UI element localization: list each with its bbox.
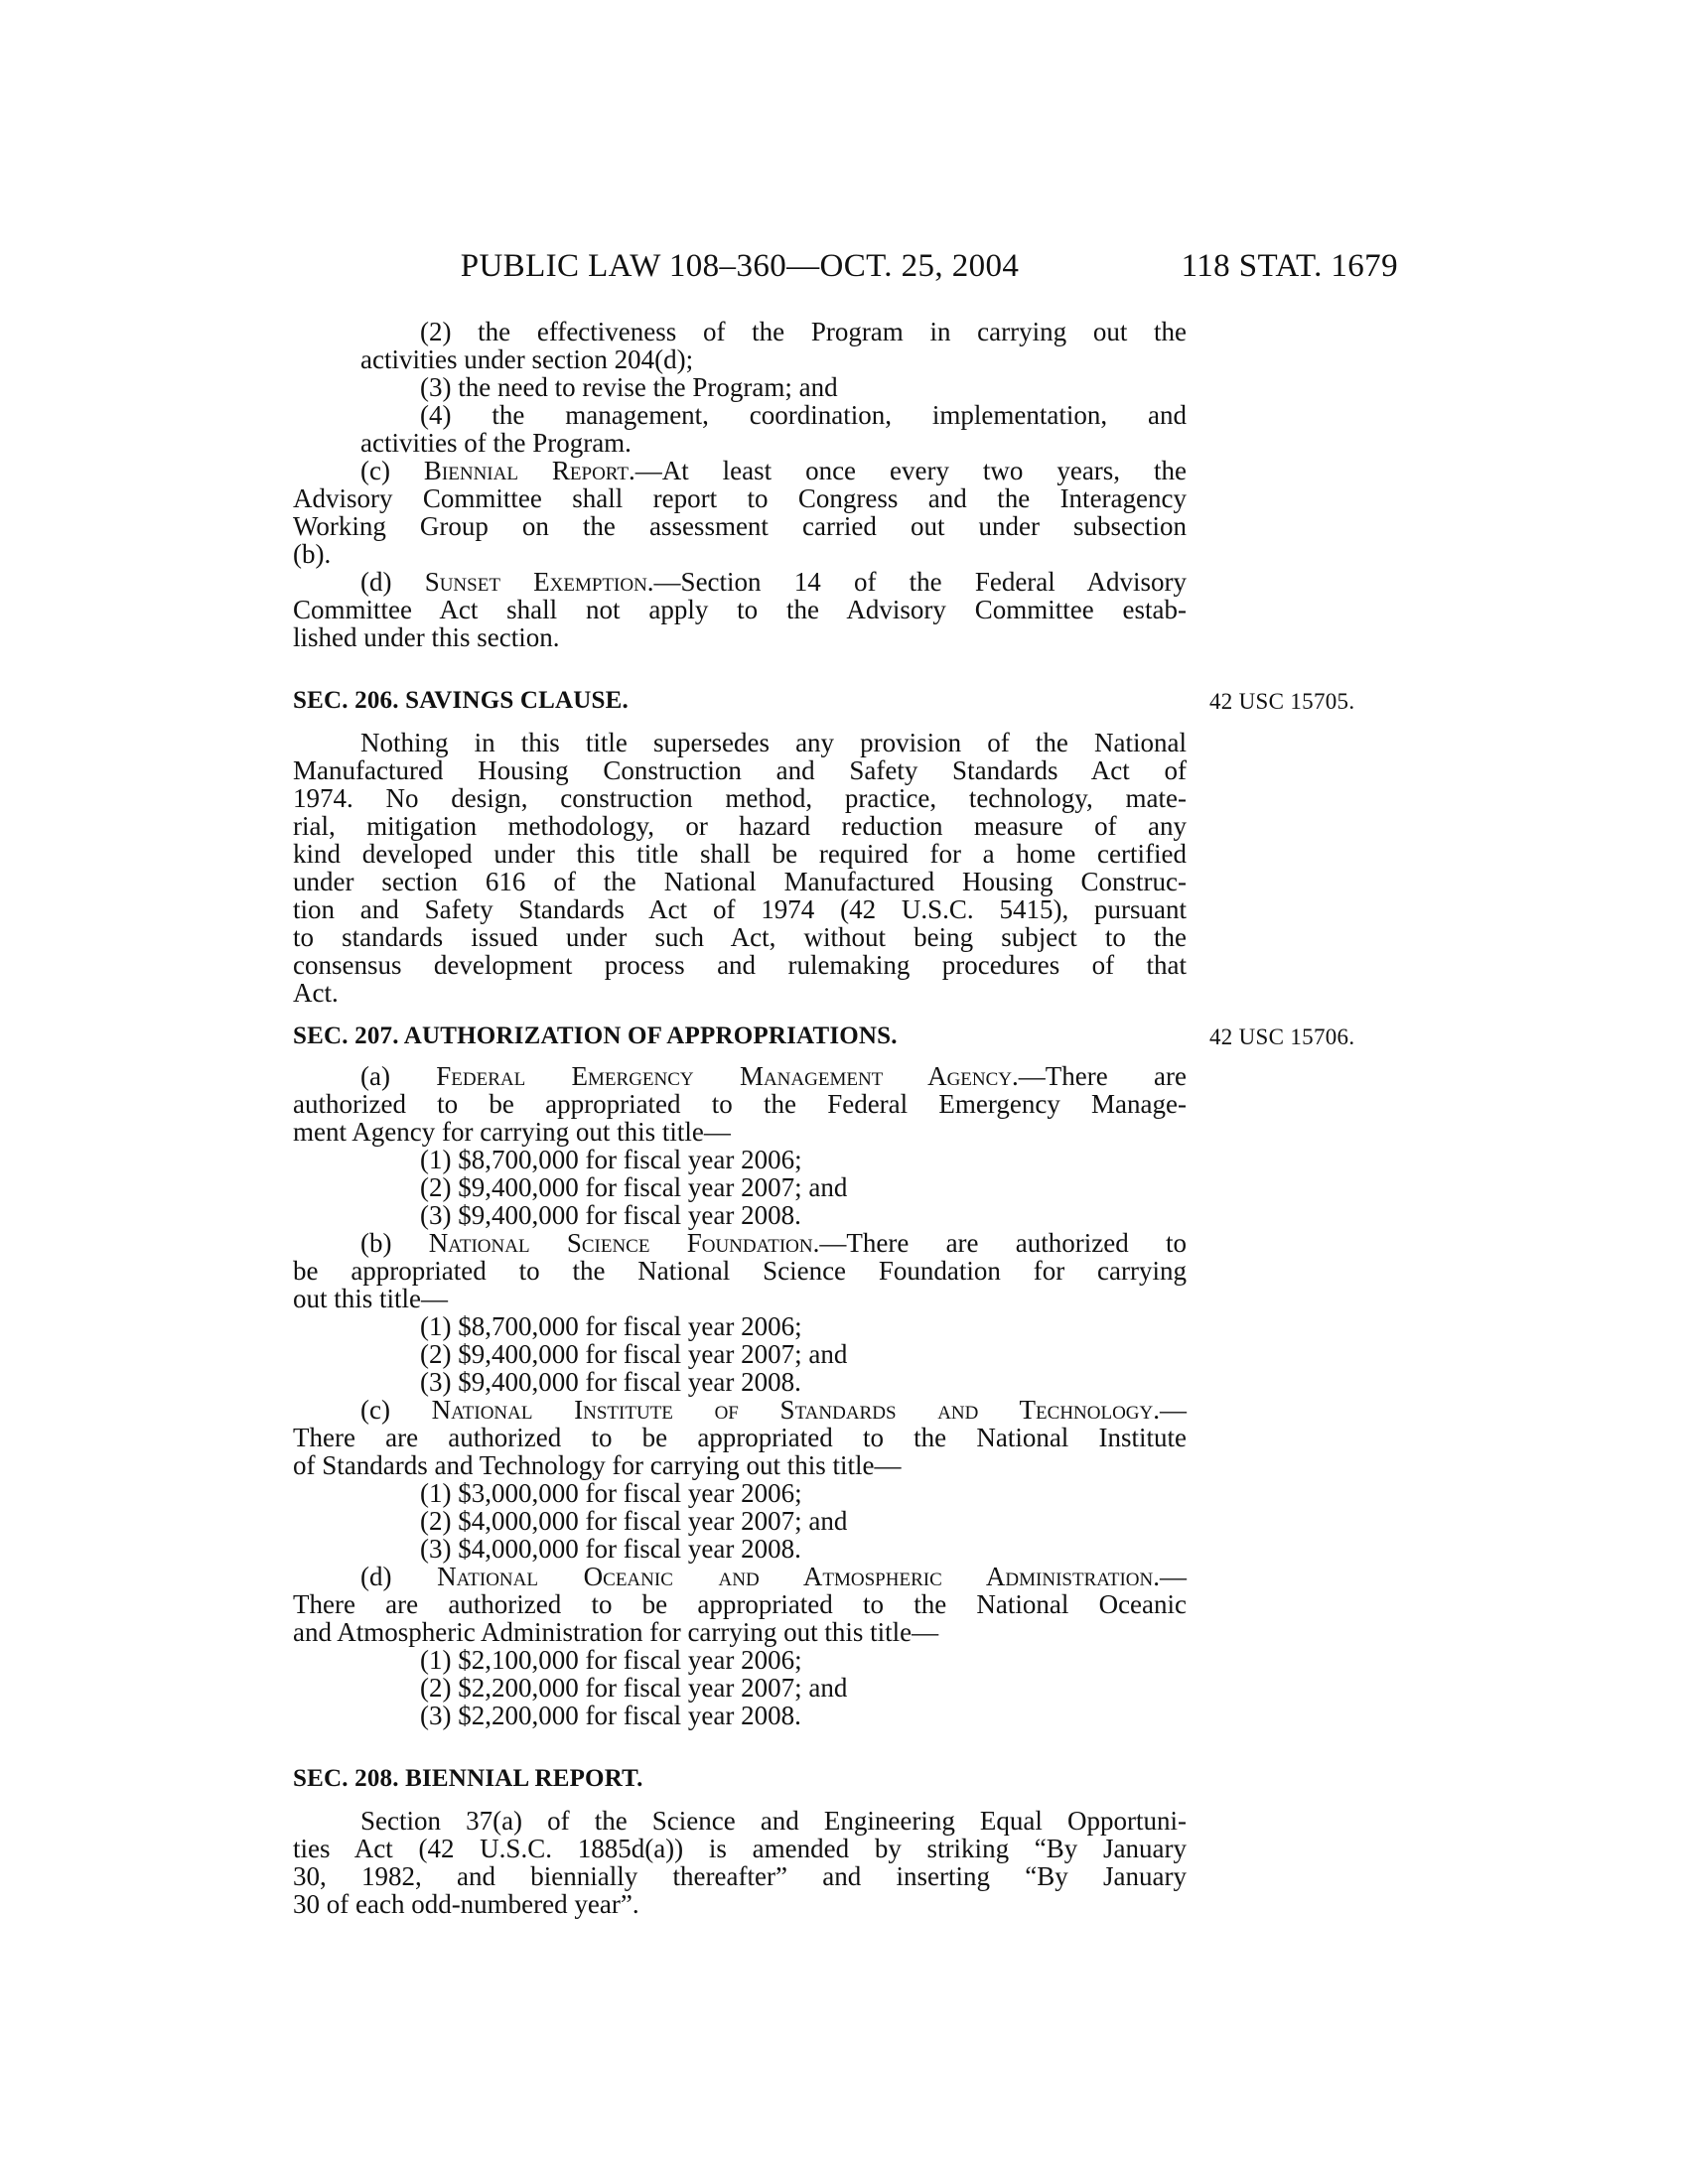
text-run: Nothing in this title supersedes any pro… bbox=[360, 728, 1187, 757]
text-line: 30 of each odd-numbered year”. bbox=[293, 1890, 1187, 1918]
text-run: — bbox=[1160, 1395, 1187, 1425]
statute-paragraph: (d) Sunset Exemption.—Section 14 of the … bbox=[293, 568, 1187, 651]
statute-paragraph: (1) $8,700,000 for fiscal year 2006; bbox=[293, 1312, 1187, 1340]
text-line: 30, 1982, and biennially thereafter” and… bbox=[293, 1862, 1187, 1890]
text-run: There are authorized to be appropriated … bbox=[293, 1589, 1187, 1619]
uscode-margin-note: 42 USC 15706. bbox=[1209, 1024, 1354, 1051]
text-line: Nothing in this title supersedes any pro… bbox=[293, 729, 1187, 756]
statute-page: PUBLIC LAW 108–360—OCT. 25, 2004 118 STA… bbox=[0, 0, 1688, 2184]
text-run: (3) the need to revise the Program; and bbox=[420, 372, 838, 402]
text-run: rial, mitigation methodology, or hazard … bbox=[293, 811, 1187, 841]
statute-paragraph: Nothing in this title supersedes any pro… bbox=[293, 729, 1187, 1007]
small-caps-run: Federal Emergency Management Agency. bbox=[436, 1061, 1019, 1091]
statute-paragraph: (3) $2,200,000 for fiscal year 2008. bbox=[293, 1702, 1187, 1729]
text-run: (3) $4,000,000 for fiscal year 2008. bbox=[420, 1534, 801, 1564]
statute-paragraph: (2) $2,200,000 for fiscal year 2007; and bbox=[293, 1674, 1187, 1702]
text-line: Advisory Committee shall report to Congr… bbox=[293, 484, 1187, 512]
text-line: (b). bbox=[293, 540, 1187, 568]
text-run: (3) $9,400,000 for fiscal year 2008. bbox=[420, 1200, 801, 1230]
statute-paragraph: (a) Federal Emergency Management Agency.… bbox=[293, 1062, 1187, 1146]
text-line: ment Agency for carrying out this title— bbox=[293, 1118, 1187, 1146]
text-run: (d) bbox=[360, 1562, 437, 1591]
text-line: and Atmospheric Administration for carry… bbox=[293, 1618, 1187, 1646]
section-heading: SEC. 206. SAVINGS CLAUSE.42 USC 15705. bbox=[293, 687, 1187, 715]
text-run: under section 616 of the National Manufa… bbox=[293, 867, 1187, 896]
text-run: authorized to be appropriated to the Fed… bbox=[293, 1089, 1187, 1119]
statute-paragraph: (3) $4,000,000 for fiscal year 2008. bbox=[293, 1535, 1187, 1563]
small-caps-run: Biennial Report. bbox=[424, 456, 635, 485]
text-run: (c) bbox=[360, 1395, 432, 1425]
text-run: Manufactured Housing Construction and Sa… bbox=[293, 755, 1187, 785]
statute-paragraph: (2) $9,400,000 for fiscal year 2007; and bbox=[293, 1340, 1187, 1368]
text-line: out this title— bbox=[293, 1285, 1187, 1312]
text-run: Section 37(a) of the Science and Enginee… bbox=[360, 1806, 1187, 1836]
text-line: (2) $9,400,000 for fiscal year 2007; and bbox=[293, 1173, 1187, 1201]
text-run: to standards issued under such Act, with… bbox=[293, 922, 1187, 952]
text-line: There are authorized to be appropriated … bbox=[293, 1424, 1187, 1451]
page-header-law: PUBLIC LAW 108–360—OCT. 25, 2004 bbox=[293, 248, 1187, 285]
text-run: —At least once every two years, the bbox=[635, 456, 1187, 485]
text-line: activities of the Program. bbox=[293, 429, 1187, 457]
statute-paragraph: (d) National Oceanic and Atmospheric Adm… bbox=[293, 1563, 1187, 1646]
small-caps-run: National Institute of Standards and Tech… bbox=[432, 1395, 1160, 1425]
text-run: Act. bbox=[293, 978, 339, 1008]
text-run: ties Act (42 U.S.C. 1885d(a)) is amended… bbox=[293, 1834, 1187, 1863]
text-line: (3) $9,400,000 for fiscal year 2008. bbox=[293, 1201, 1187, 1229]
text-run: (1) $8,700,000 for fiscal year 2006; bbox=[420, 1145, 802, 1174]
text-run: (2) $9,400,000 for fiscal year 2007; and bbox=[420, 1339, 847, 1369]
statute-paragraph: (2) $9,400,000 for fiscal year 2007; and bbox=[293, 1173, 1187, 1201]
small-caps-run: National Science Foundation. bbox=[429, 1228, 820, 1258]
statute-paragraph: (1) $3,000,000 for fiscal year 2006; bbox=[293, 1479, 1187, 1507]
text-run: be appropriated to the National Science … bbox=[293, 1256, 1187, 1286]
statute-paragraph: (c) National Institute of Standards and … bbox=[293, 1396, 1187, 1479]
text-line: of Standards and Technology for carrying… bbox=[293, 1451, 1187, 1479]
text-run: (3) $9,400,000 for fiscal year 2008. bbox=[420, 1367, 801, 1397]
text-line: (2) $2,200,000 for fiscal year 2007; and bbox=[293, 1674, 1187, 1702]
text-run: —There are authorized to bbox=[819, 1228, 1187, 1258]
text-line: (1) $8,700,000 for fiscal year 2006; bbox=[293, 1146, 1187, 1173]
text-line: ties Act (42 U.S.C. 1885d(a)) is amended… bbox=[293, 1835, 1187, 1862]
text-line: (d) Sunset Exemption.—Section 14 of the … bbox=[293, 568, 1187, 596]
text-run: (1) $8,700,000 for fiscal year 2006; bbox=[420, 1311, 802, 1341]
text-line: Working Group on the assessment carried … bbox=[293, 512, 1187, 540]
text-run: tion and Safety Standards Act of 1974 (4… bbox=[293, 894, 1187, 924]
text-run: (2) the effectiveness of the Program in … bbox=[420, 317, 1187, 346]
section-heading: SEC. 208. BIENNIAL REPORT. bbox=[293, 1765, 1187, 1793]
text-line: be appropriated to the National Science … bbox=[293, 1257, 1187, 1285]
small-caps-run: Sunset Exemption. bbox=[425, 567, 654, 597]
text-line: (2) $9,400,000 for fiscal year 2007; and bbox=[293, 1340, 1187, 1368]
text-run: ment Agency for carrying out this title— bbox=[293, 1117, 731, 1147]
text-line: tion and Safety Standards Act of 1974 (4… bbox=[293, 895, 1187, 923]
text-line: (4) the management, coordination, implem… bbox=[293, 401, 1187, 429]
text-line: Act. bbox=[293, 979, 1187, 1007]
text-run: (2) $9,400,000 for fiscal year 2007; and bbox=[420, 1172, 847, 1202]
section-heading: SEC. 207. AUTHORIZATION OF APPROPRIATION… bbox=[293, 1023, 1187, 1050]
text-run: There are authorized to be appropriated … bbox=[293, 1423, 1187, 1452]
text-run: — bbox=[1160, 1562, 1187, 1591]
statute-paragraph: (3) $9,400,000 for fiscal year 2008. bbox=[293, 1368, 1187, 1396]
text-run: (3) $2,200,000 for fiscal year 2008. bbox=[420, 1701, 801, 1730]
uscode-margin-note: 42 USC 15705. bbox=[1209, 688, 1354, 716]
text-run: and Atmospheric Administration for carry… bbox=[293, 1617, 938, 1647]
text-line: consensus development process and rulema… bbox=[293, 951, 1187, 979]
small-caps-run: National Oceanic and Atmospheric Adminis… bbox=[437, 1562, 1160, 1591]
text-run: (1) $3,000,000 for fiscal year 2006; bbox=[420, 1478, 802, 1508]
text-line: (b) National Science Foundation.—There a… bbox=[293, 1229, 1187, 1257]
text-line: There are authorized to be appropriated … bbox=[293, 1590, 1187, 1618]
text-run: kind developed under this title shall be… bbox=[293, 839, 1187, 869]
text-line: (2) $4,000,000 for fiscal year 2007; and bbox=[293, 1507, 1187, 1535]
statute-paragraph: (b) National Science Foundation.—There a… bbox=[293, 1229, 1187, 1312]
text-line: (3) $4,000,000 for fiscal year 2008. bbox=[293, 1535, 1187, 1563]
text-run: (2) $2,200,000 for fiscal year 2007; and bbox=[420, 1673, 847, 1703]
text-run: lished under this section. bbox=[293, 622, 559, 652]
text-run: —There are bbox=[1019, 1061, 1187, 1091]
text-run: (1) $2,100,000 for fiscal year 2006; bbox=[420, 1645, 802, 1675]
text-line: Section 37(a) of the Science and Enginee… bbox=[293, 1807, 1187, 1835]
text-run: activities of the Program. bbox=[360, 428, 632, 458]
statute-paragraph: (3) $9,400,000 for fiscal year 2008. bbox=[293, 1201, 1187, 1229]
text-line: rial, mitigation methodology, or hazard … bbox=[293, 812, 1187, 840]
statute-paragraph: (2) $4,000,000 for fiscal year 2007; and bbox=[293, 1507, 1187, 1535]
text-run: activities under section 204(d); bbox=[360, 344, 693, 374]
statute-paragraph: (1) $8,700,000 for fiscal year 2006; bbox=[293, 1146, 1187, 1173]
text-line: (c) Biennial Report.—At least once every… bbox=[293, 457, 1187, 484]
text-line: (3) the need to revise the Program; and bbox=[293, 373, 1187, 401]
text-line: under section 616 of the National Manufa… bbox=[293, 868, 1187, 895]
text-line: lished under this section. bbox=[293, 623, 1187, 651]
text-line: 1974. No design, construction method, pr… bbox=[293, 784, 1187, 812]
text-line: (1) $2,100,000 for fiscal year 2006; bbox=[293, 1646, 1187, 1674]
statute-paragraph: (c) Biennial Report.—At least once every… bbox=[293, 457, 1187, 568]
text-run: 30 of each odd-numbered year”. bbox=[293, 1889, 639, 1919]
text-run: 30, 1982, and biennially thereafter” and… bbox=[293, 1861, 1187, 1891]
statute-text-column: (2) the effectiveness of the Program in … bbox=[293, 318, 1187, 1918]
text-line: (d) National Oceanic and Atmospheric Adm… bbox=[293, 1563, 1187, 1590]
text-line: (3) $9,400,000 for fiscal year 2008. bbox=[293, 1368, 1187, 1396]
text-line: authorized to be appropriated to the Fed… bbox=[293, 1090, 1187, 1118]
text-run: of Standards and Technology for carrying… bbox=[293, 1450, 901, 1480]
text-line: kind developed under this title shall be… bbox=[293, 840, 1187, 868]
text-line: (c) National Institute of Standards and … bbox=[293, 1396, 1187, 1424]
text-run: (c) bbox=[360, 456, 424, 485]
text-line: activities under section 204(d); bbox=[293, 345, 1187, 373]
text-run: (2) $4,000,000 for fiscal year 2007; and bbox=[420, 1506, 847, 1536]
text-line: (2) the effectiveness of the Program in … bbox=[293, 318, 1187, 345]
text-run: out this title— bbox=[293, 1284, 448, 1313]
statute-paragraph: (2) the effectiveness of the Program in … bbox=[293, 318, 1187, 373]
statute-paragraph: (1) $2,100,000 for fiscal year 2006; bbox=[293, 1646, 1187, 1674]
text-run: —Section 14 of the Federal Advisory bbox=[654, 567, 1187, 597]
statute-paragraph: (3) the need to revise the Program; and bbox=[293, 373, 1187, 401]
text-line: (3) $2,200,000 for fiscal year 2008. bbox=[293, 1702, 1187, 1729]
text-line: Committee Act shall not apply to the Adv… bbox=[293, 596, 1187, 623]
text-line: to standards issued under such Act, with… bbox=[293, 923, 1187, 951]
text-run: Advisory Committee shall report to Congr… bbox=[293, 483, 1187, 513]
text-run: 1974. No design, construction method, pr… bbox=[293, 783, 1187, 813]
statute-paragraph: (4) the management, coordination, implem… bbox=[293, 401, 1187, 457]
text-run: (d) bbox=[360, 567, 425, 597]
page-header-stat: 118 STAT. 1679 bbox=[1182, 248, 1398, 285]
statute-paragraph: Section 37(a) of the Science and Enginee… bbox=[293, 1807, 1187, 1918]
text-run: consensus development process and rulema… bbox=[293, 950, 1187, 980]
text-line: (1) $8,700,000 for fiscal year 2006; bbox=[293, 1312, 1187, 1340]
text-run: (4) the management, coordination, implem… bbox=[420, 400, 1187, 430]
text-run: (a) bbox=[360, 1061, 436, 1091]
text-run: Committee Act shall not apply to the Adv… bbox=[293, 595, 1187, 624]
text-run: (b). bbox=[293, 539, 331, 569]
text-run: Working Group on the assessment carried … bbox=[293, 511, 1187, 541]
text-line: (a) Federal Emergency Management Agency.… bbox=[293, 1062, 1187, 1090]
text-line: (1) $3,000,000 for fiscal year 2006; bbox=[293, 1479, 1187, 1507]
text-run: (b) bbox=[360, 1228, 429, 1258]
text-line: Manufactured Housing Construction and Sa… bbox=[293, 756, 1187, 784]
